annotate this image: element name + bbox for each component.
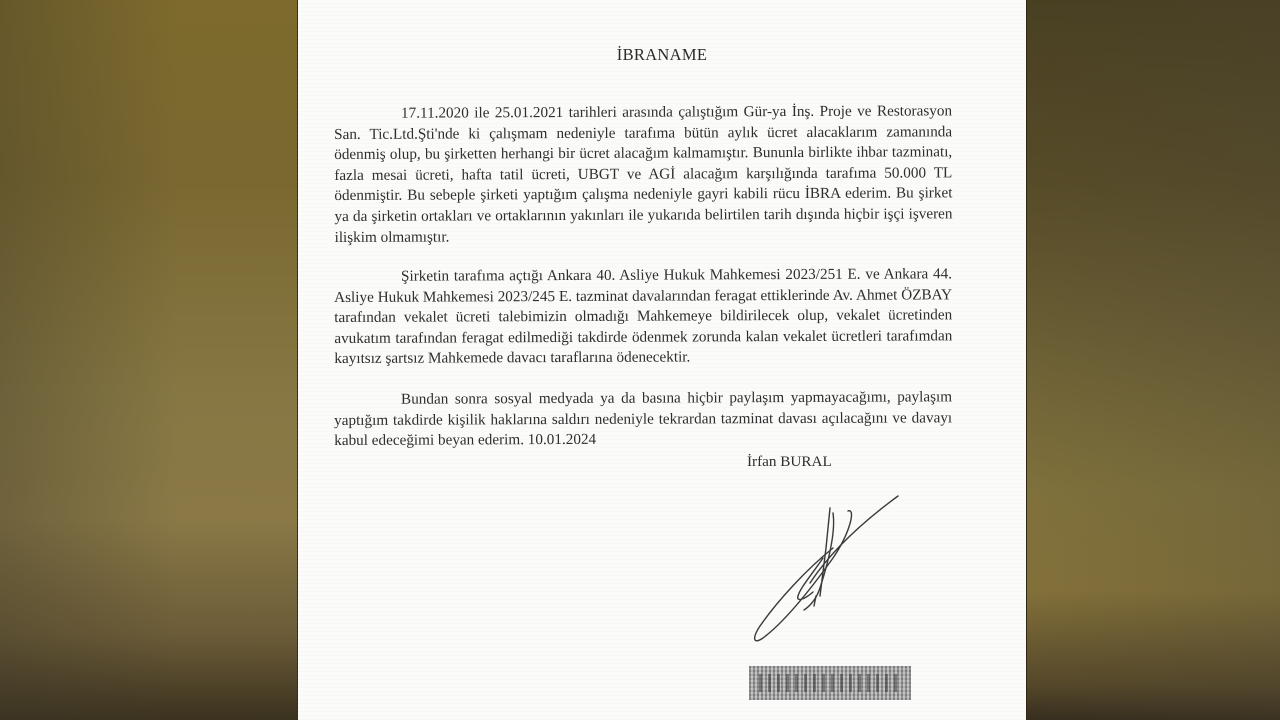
- document-page: İBRANAME 17.11.2020 ile 25.01.2021 tarih…: [297, 0, 1027, 720]
- paragraph-social-media-declaration: Bundan sonra sosyal medyada ya da basına…: [334, 387, 952, 451]
- signature-icon: [738, 488, 908, 648]
- paragraph-release-statement: 17.11.2020 ile 25.01.2021 tarihleri aras…: [334, 101, 953, 248]
- background-left: [0, 0, 297, 720]
- signer-name: İrfan BURAL: [747, 453, 832, 471]
- document-title: İBRANAME: [298, 45, 1026, 65]
- redacted-stamp: [749, 666, 911, 700]
- background-right: [1027, 0, 1280, 720]
- paragraph-court-cases: Şirketin tarafıma açtığı Ankara 40. Asli…: [334, 264, 952, 370]
